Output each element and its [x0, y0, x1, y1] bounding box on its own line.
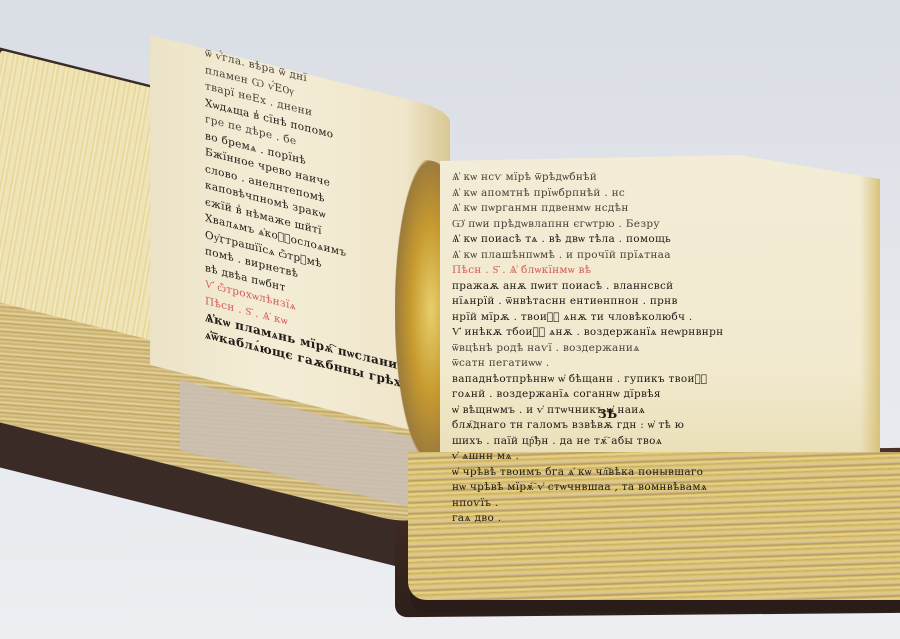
- text-line: блѫ҇днаго тн галомъ взвѣвѫ гдн : ѡ҆ тѣ ю: [452, 418, 842, 434]
- text-line: нрїй мїрѫ . твоиⷯ҇ ѧнѫ ти чловѣколюбч .: [452, 310, 842, 326]
- text-line: Ѡ҆ пѡи прѣдѡвлапнн єгѡтрю . Безру: [452, 217, 842, 233]
- text-line: гаѧ дво .: [452, 511, 842, 527]
- text-line: вападнѣотпрѣннѡ ѡ҆ бѣщанн . гупикъ твоиⷯ…: [452, 372, 842, 388]
- text-line: ѿвцѣнѣ родѣ наѵї . воздержаниѧ: [452, 341, 842, 357]
- text-line: Ѧ҆ кѡ плашѣнпѡмѣ . и прочїй прїѧтнаа: [452, 248, 842, 264]
- page-number: ЗѢ: [598, 407, 617, 421]
- text-line: Ѧ҆ кѡ пѡрганмн пдвенмѡ нсдѣн: [452, 201, 842, 217]
- right-page-text: Ѧ҆ кѡ нсѵ мїрѣ ѿрѣдѡбнѣй Ѧ҆ кѡ апомтнѣ п…: [452, 170, 842, 527]
- text-line: Ѵ҆ инѣкѫ тбоиⷯ҇ ѧнѫ . воздержанїѧ неѡрнв…: [452, 325, 842, 341]
- photo-scene: ѿ ѵ҆́гла. вѣра ѿ днї пламен Ѡ ѵ҆́ЕѸ твар…: [0, 0, 900, 639]
- text-line: шихъ . паїй цр҇ђн . да не тѫ҇ абы твоѧ: [452, 434, 842, 450]
- text-line: нѡ чрѣвѣ мїрѫ҇ ѵ҆ стѡчнвшаа , та вомнвѣв…: [452, 480, 842, 496]
- text-line: ѵ҆ ѧшнн мѧ .: [452, 449, 842, 465]
- text-line: Ѧ҆ кѡ поиасѣ тѧ . вѣ двѡ тѣла . помощь: [452, 232, 842, 248]
- text-line: гоѧнй . воздержанїѧ соганнѡ дїрвѣя: [452, 387, 842, 403]
- text-line: нїѧнрїй . ѿнвѣтаснн ентиѳнпнон . прнв: [452, 294, 842, 310]
- rubric-line: Пѣсн . Ѕ҃ . Ѧ҆ блѡкїнмѡ вѣ: [452, 263, 842, 279]
- text-line: ѿсатн пегатиѡѡ .: [452, 356, 842, 372]
- text-line: нпоѵїъ .: [452, 496, 842, 512]
- text-line: ѡ҆ чрѣвѣ твоимъ бга ѧ҆ кѡ чл҇вѣка понывш…: [452, 465, 842, 481]
- text-line: ѡ҆ вѣщнѡмъ . и ѵ҆ птѡчникъ ѡ҆ наиѧ: [452, 403, 842, 419]
- text-line: Ѧ҆ кѡ апомтнѣ прїѡбрпнѣй . нс: [452, 186, 842, 202]
- text-line: пражаѫ анѫ пѡит поиасѣ . вланнсвсй: [452, 279, 842, 295]
- text-line: Ѧ҆ кѡ нсѵ мїрѣ ѿрѣдѡбнѣй: [452, 170, 842, 186]
